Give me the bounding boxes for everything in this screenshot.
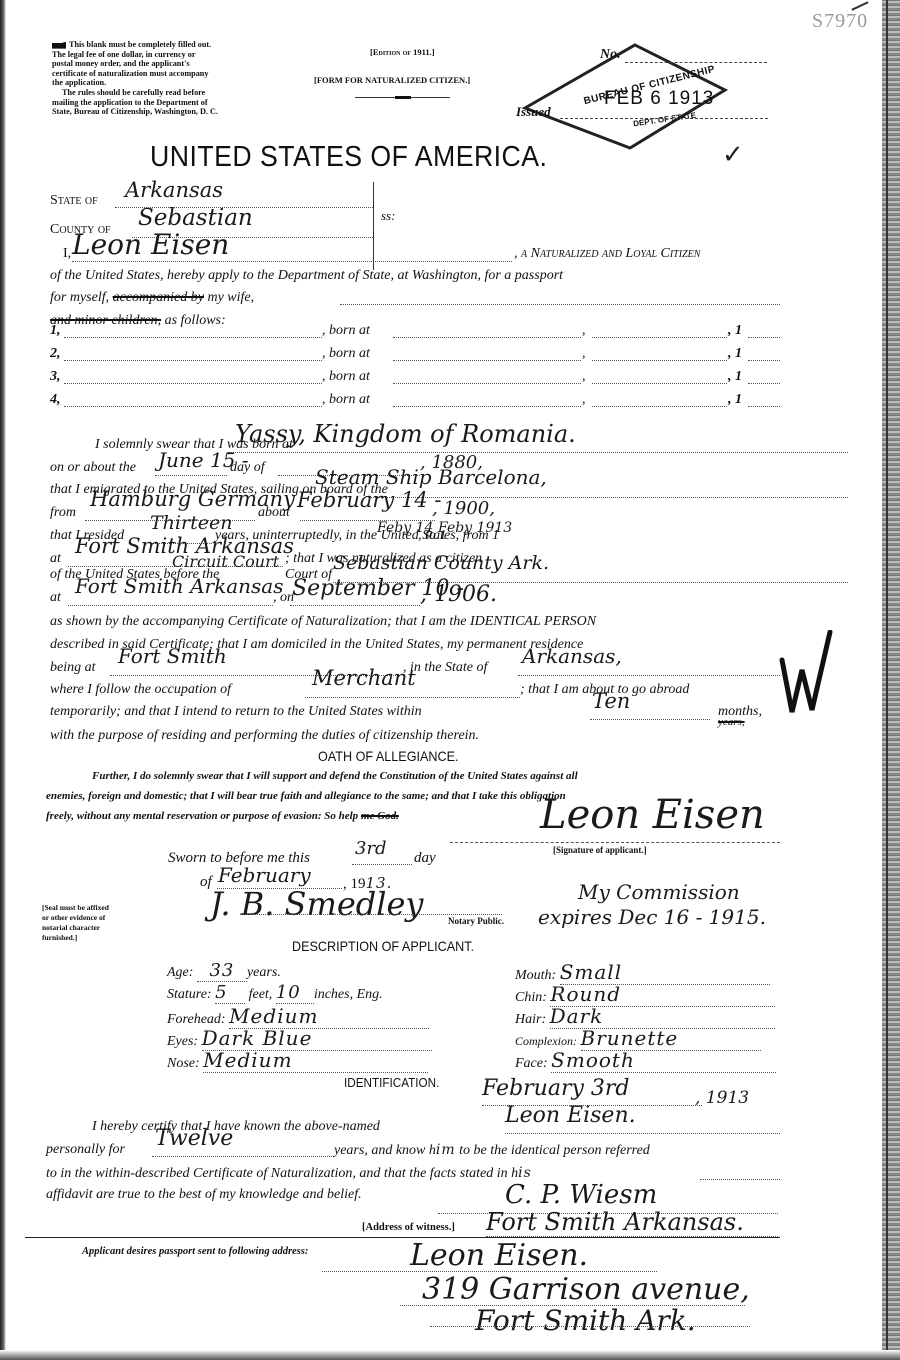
description-label: Complexion: [515,1034,577,1048]
comma: , [582,346,586,362]
oath-heading: OATH OF ALLEGIANCE. [318,748,459,764]
child-name-field[interactable] [64,337,322,338]
cert-line: as shown by the accompanying Certificate… [50,614,596,630]
checkmark-icon: ✓ [722,140,744,170]
child-name-field[interactable] [64,383,322,384]
perm-state-field[interactable] [518,675,780,676]
issued-label: Issued [516,104,551,120]
about-label: on or about the [50,460,136,476]
mailing-line-2: 319 Garrison avenue, [422,1272,750,1307]
commission-text: My Commission [578,880,740,904]
child-year-field[interactable] [748,406,780,407]
at2-label: at [50,590,61,606]
description-row-left: Age: 33years. [167,960,281,982]
identification-year: , 1913 [695,1088,749,1108]
notary-label: Notary Public. [448,916,504,926]
child-year-prefix: , 1 [728,323,742,339]
child-row: 3, [50,369,61,385]
child-year-field[interactable] [748,337,780,338]
occupation-value: Merchant [312,666,416,690]
birth-day-field[interactable] [155,475,227,476]
oath-line-3: freely, without any mental reservation o… [46,810,399,822]
affidavit-line: affidavit are true to the best of my kno… [46,1187,362,1203]
emigration-date: February 14 - [297,488,441,512]
court-city-field[interactable] [68,605,273,606]
description-label: feet, [249,987,273,1002]
known-mid: years, and know him to be the identical … [334,1142,650,1159]
day-of-label: day of [230,460,265,476]
from-label: from [50,505,76,521]
child-birthdate-field[interactable] [592,383,727,384]
child-year-prefix: , 1 [728,346,742,362]
child-birthdate-field[interactable] [592,337,727,338]
resided-to: Feby 1913 [438,520,512,536]
no-field[interactable] [625,62,767,63]
court-name: Circuit Court [172,552,279,571]
child-born-label: , born at [322,369,370,385]
sworn-day: 3rd [355,838,387,859]
apply-line: of the United States, hereby apply to th… [50,268,563,284]
court-city: Fort Smith Arkansas [75,574,284,598]
myself-line: for myself, accompanied by my wife, [50,290,254,306]
age-value[interactable]: 33 [197,960,247,982]
description-label: Hair: [515,1012,546,1027]
description-label: years. [247,965,281,980]
child-row: 2, [50,346,61,362]
description-label: Nose: [167,1056,200,1071]
child-born-label: , born at [322,346,370,362]
pronoun-field[interactable] [700,1179,780,1180]
occupation-field[interactable] [305,697,520,698]
description-row-right: Face: Smooth [515,1048,776,1073]
applicant-name-field[interactable] [72,261,512,262]
mailing-label: Applicant desires passport sent to follo… [82,1246,308,1257]
child-name-field[interactable] [64,360,322,361]
child-year-field[interactable] [748,360,780,361]
within-line: to in the within-described Certificate o… [46,1165,532,1182]
description-label: Age: [167,965,193,980]
scan-left-edge [0,0,6,1360]
intro-suffix: , a Naturalized and Loyal Citizen [514,246,700,262]
section-divider [25,1237,780,1238]
mailing-line-3-field[interactable] [430,1326,750,1327]
issued-field[interactable] [560,118,768,119]
identification-heading: IDENTIFICATION. [344,1075,439,1090]
brace [373,182,382,270]
intro-prefix: I, [63,246,71,262]
known-name-field[interactable] [505,1133,780,1134]
witness-address: Fort Smith Arkansas. [486,1208,744,1236]
return-within-field[interactable] [590,719,710,720]
naturalization-date-field[interactable] [290,605,420,606]
description-label: Stature: [167,987,212,1002]
document-title: UNITED STATES OF AMERICA. [150,141,547,174]
witness-address-label: [Address of witness.] [362,1222,455,1233]
sworn-day-field[interactable] [352,864,412,865]
wife-field[interactable] [340,304,780,305]
child-year-prefix: , 1 [728,369,742,385]
birthplace-field[interactable] [228,452,848,453]
about2-label: about [258,505,290,521]
form-type-label: [FORM FOR NATURALIZED CITIZEN.] [314,75,470,85]
feet-value[interactable]: 5 [215,982,245,1004]
occupation-label: where I follow the occupation of [50,682,231,698]
description-label: inches, Eng. [314,987,383,1002]
scan-right-edge [882,0,900,1360]
on-label: , on [273,590,294,606]
mailing-line-3: Fort Smith Ark. [475,1304,696,1337]
child-year-prefix: , 1 [728,392,742,408]
temporarily-line: temporarily; and that I intend to return… [50,704,422,720]
comma: , [582,323,586,339]
notary-signature: J. B. Smedley [210,885,423,923]
scan-bottom-edge [0,1350,900,1360]
personally-for-label: personally for [46,1142,125,1158]
known-years-field[interactable] [152,1156,332,1157]
oath-line-1: Further, I do solemnly swear that I will… [92,770,578,782]
child-born-label: , born at [322,323,370,339]
mailing-line-1: Leon Eisen. [410,1238,588,1273]
stamp-date: FEB 6 1913 [604,88,714,110]
sworn-suffix: day [414,850,436,867]
child-birthplace-field[interactable] [393,383,581,384]
child-year-field[interactable] [748,383,780,384]
w-mark-icon [778,630,836,715]
child-birthdate-field[interactable] [592,360,727,361]
serial-number: S7970 [812,10,868,33]
court-county: Sebastian County Ark. [333,552,549,574]
ship-value: Steam Ship Barcelona, [315,465,547,489]
applicant-signature: Leon Eisen [540,792,765,838]
state-value: Arkansas [125,178,223,202]
comma: , [582,369,586,385]
description-label: Mouth: [515,968,556,983]
perm-city: Fort Smith [118,644,227,668]
child-birthplace-field[interactable] [393,360,581,361]
known-years: Twelve [155,1126,233,1151]
nose-value[interactable]: Medium [203,1048,428,1073]
being-at-label: being at [50,660,96,676]
description-label: Eyes: [167,1034,198,1049]
signature-line[interactable] [450,842,780,843]
child-birthdate-field[interactable] [592,406,727,407]
description-heading: DESCRIPTION OF APPLICANT. [292,938,474,954]
known-name: Leon Eisen. [505,1103,636,1128]
children-line: and minor children, as follows: [50,313,226,329]
face-value[interactable]: Smooth [551,1048,776,1073]
child-row: 4, [50,392,61,408]
description-label: Face: [515,1056,548,1071]
years-struck: years, [718,716,745,728]
sworn-month: February [218,863,311,887]
notary-signature-line[interactable] [240,914,502,915]
witness-signature: C. P. Wiesm [505,1180,657,1210]
birthplace-value: Yassy, Kingdom of Romania. [235,420,576,448]
instructions-notice: This blank must be completely filled out… [52,40,218,117]
child-name-field[interactable] [64,406,322,407]
naturalization-year: , 1906. [420,582,497,607]
pen-mark-w [778,630,836,715]
comma: , [582,392,586,408]
header-divider [355,97,450,98]
at-label: at [50,551,61,567]
inches-value[interactable]: 10 [276,982,314,1004]
commission-expires: expires Dec 16 - 1915. [538,905,766,929]
child-row: 1, [50,323,61,339]
purpose-line: with the purpose of residing and perform… [50,728,479,744]
child-birthplace-field[interactable] [393,406,581,407]
description-label: Forehead: [167,1012,226,1027]
identification-date: February 3rd [482,1076,630,1101]
state-label: State of [50,193,98,209]
pointing-hand-icon [52,42,66,49]
seal-note: [Seal must be affixed or other evidence … [42,903,114,943]
description-row-left: Nose: Medium [167,1048,428,1073]
description-row-left: Stature: 5 feet, 10inches, Eng. [167,982,383,1004]
certify-prefix: I hereby certify that I have known the a… [92,1119,380,1135]
ss-label: ss: [381,208,395,224]
return-within: Ten [592,689,630,713]
perm-state: Arkansas, [522,644,622,668]
child-birthplace-field[interactable] [393,337,581,338]
child-born-label: , born at [322,392,370,408]
signature-label: [Signature of applicant.] [553,845,647,855]
emigration-year: , 1900, [432,498,495,519]
oath-line-2: enemies, foreign and domestic; that I wi… [46,790,566,802]
description-label: Chin: [515,990,547,1005]
applicant-name: Leon Eisen [72,228,229,261]
no-label: No. [600,47,621,63]
edition-label: [Edition of 1911.] [370,47,435,57]
